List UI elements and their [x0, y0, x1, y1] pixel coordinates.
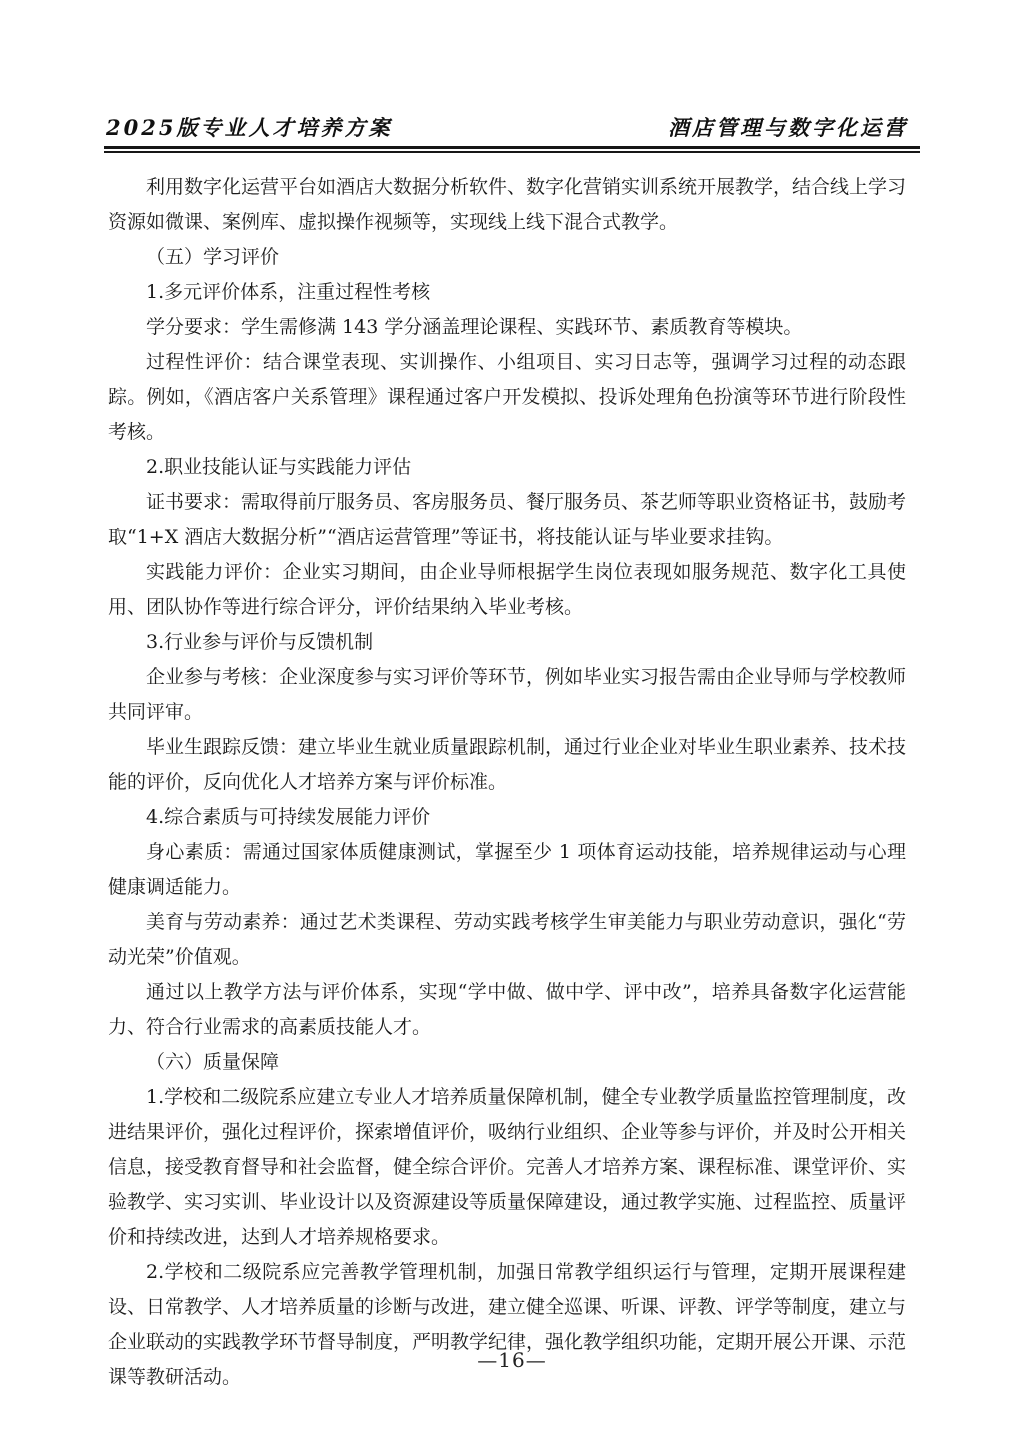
paragraph: 企业参与考核：企业深度参与实习评价等环节，例如毕业实习报告需由企业导师与学校教师…: [108, 660, 906, 730]
paragraph: 2.学校和二级院系应完善教学管理机制，加强日常教学组织运行与管理，定期开展课程建…: [108, 1255, 906, 1395]
document-body: 利用数字化运营平台如酒店大数据分析软件、数字化营销实训系统开展教学，结合线上学习…: [108, 170, 906, 1395]
paragraph: （六）质量保障: [108, 1045, 906, 1080]
paragraph: 利用数字化运营平台如酒店大数据分析软件、数字化营销实训系统开展教学，结合线上学习…: [108, 170, 906, 240]
paragraph: 身心素质：需通过国家体质健康测试，掌握至少 1 项体育运动技能，培养规律运动与心…: [108, 835, 906, 905]
header-title-left: 2025版专业人才培养方案: [106, 112, 392, 142]
paragraph: 美育与劳动素养：通过艺术类课程、劳动实践考核学生审美能力与职业劳动意识，强化“劳…: [108, 905, 906, 975]
header-title-right: 酒店管理与数字化运营: [668, 112, 908, 142]
paragraph: 学分要求：学生需修满 143 学分涵盖理论课程、实践环节、素质教育等模块。: [108, 310, 906, 345]
paragraph: 4.综合素质与可持续发展能力评价: [108, 800, 906, 835]
header-divider: [104, 146, 920, 153]
paragraph: 2.职业技能认证与实践能力评估: [108, 450, 906, 485]
paragraph: 过程性评价：结合课堂表现、实训操作、小组项目、实习日志等，强调学习过程的动态跟踪…: [108, 345, 906, 450]
paragraph: 1.多元评价体系，注重过程性考核: [108, 275, 906, 310]
paragraph: 1.学校和二级院系应建立专业人才培养质量保障机制，健全专业教学质量监控管理制度，…: [108, 1080, 906, 1255]
paragraph: 证书要求：需取得前厅服务员、客房服务员、餐厅服务员、茶艺师等职业资格证书，鼓励考…: [108, 485, 906, 555]
header-divider-thin-line: [104, 151, 920, 153]
paragraph: （五）学习评价: [108, 240, 906, 275]
paragraph: 通过以上教学方法与评价体系，实现“学中做、做中学、评中改”，培养具备数字化运营能…: [108, 975, 906, 1045]
page-header: 2025版专业人才培养方案 酒店管理与数字化运营: [106, 112, 908, 142]
document-page: 2025版专业人才培养方案 酒店管理与数字化运营 利用数字化运营平台如酒店大数据…: [0, 0, 1024, 1448]
paragraph: 毕业生跟踪反馈：建立毕业生就业质量跟踪机制，通过行业企业对毕业生职业素养、技术技…: [108, 730, 906, 800]
paragraph: 实践能力评价：企业实习期间，由企业导师根据学生岗位表现如服务规范、数字化工具使用…: [108, 555, 906, 625]
page-number: —16—: [477, 1348, 546, 1372]
page-footer: —16—: [0, 1348, 1024, 1372]
paragraph: 3.行业参与评价与反馈机制: [108, 625, 906, 660]
